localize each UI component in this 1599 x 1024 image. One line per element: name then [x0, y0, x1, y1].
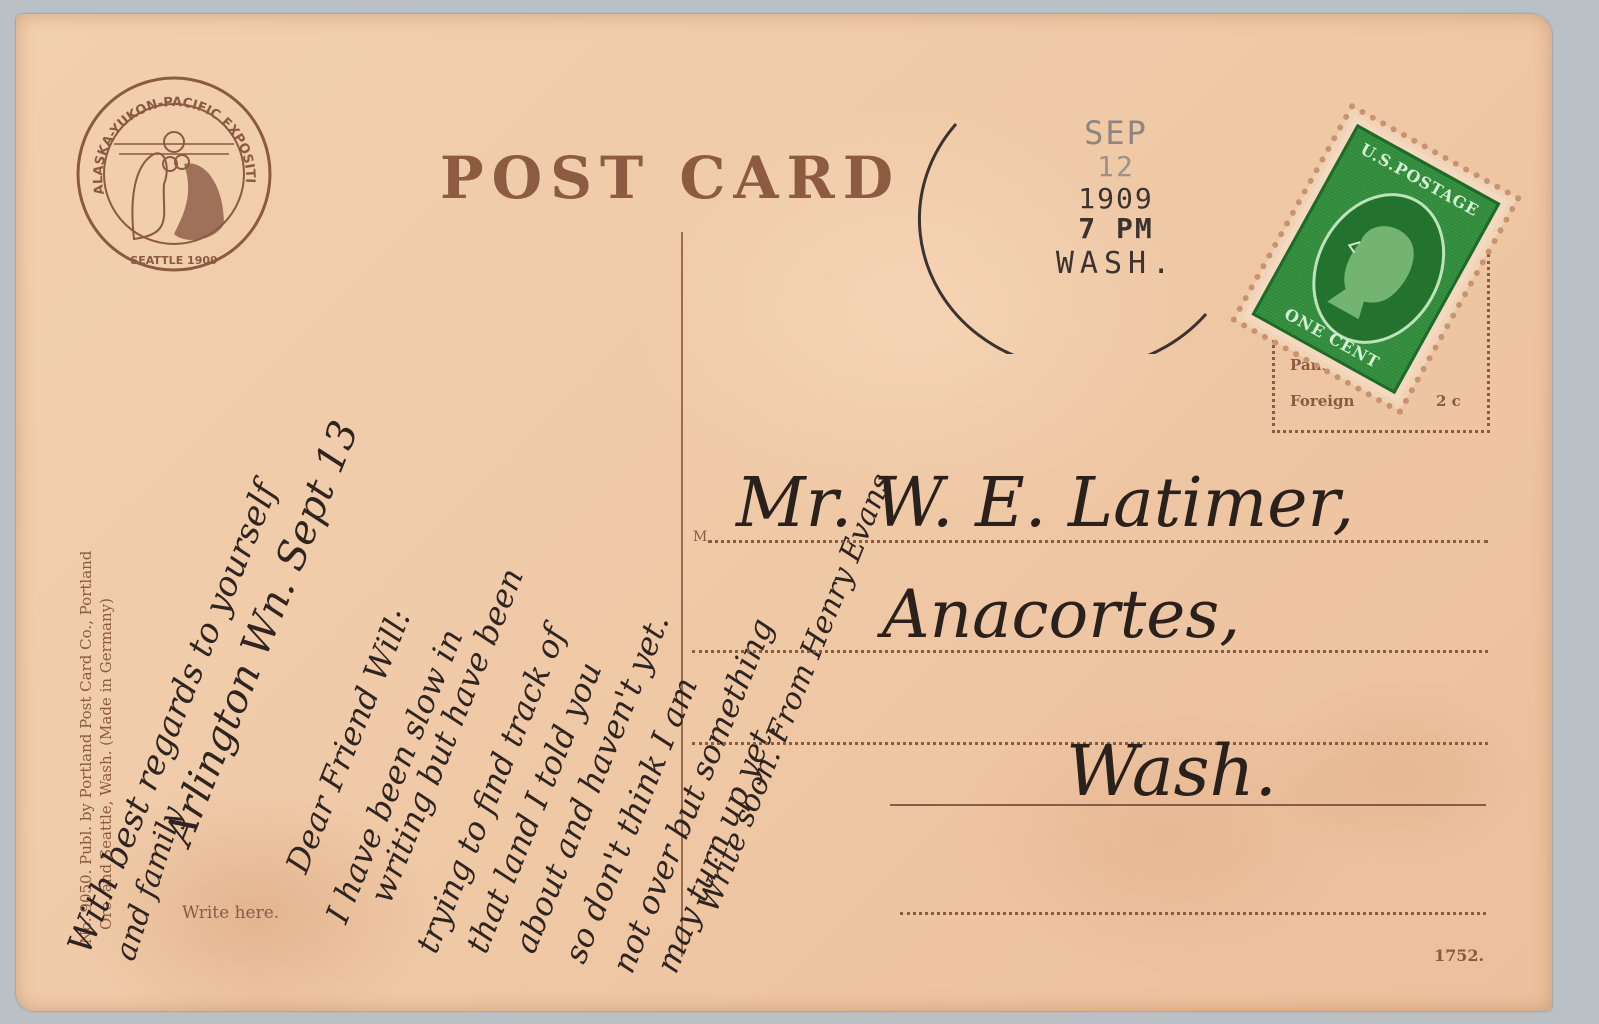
address-prefix: M	[693, 529, 707, 545]
recipient-city: Anacortes,	[882, 576, 1240, 653]
card-serial-number: 1752.	[1434, 946, 1484, 965]
svg-text:SEATTLE 1909: SEATTLE 1909	[130, 254, 217, 267]
write-here-label: Write here.	[182, 903, 279, 923]
postmark-time: 7 PM	[1016, 212, 1216, 245]
recipient-state: Wash.	[1066, 730, 1277, 812]
address-line-5	[900, 912, 1486, 915]
recipient-name: Mr. W. E. Latimer,	[736, 464, 1354, 543]
postcard-title: POST CARD	[440, 144, 901, 212]
postmark-year: 1909	[1016, 182, 1216, 215]
postmark-day: 12	[1016, 150, 1216, 183]
exposition-seal-icon: ALASKA-YUKON-PACIFIC EXPOSITION: SEATTLE…	[74, 74, 274, 274]
postage-stamp: U.S.POSTAGE ONE CENT	[1226, 104, 1526, 414]
postmark-state: WASH.	[1016, 246, 1216, 281]
postmark-month: SEP	[1016, 114, 1216, 152]
postcard: ALASKA-YUKON-PACIFIC EXPOSITION: SEATTLE…	[16, 14, 1552, 1011]
